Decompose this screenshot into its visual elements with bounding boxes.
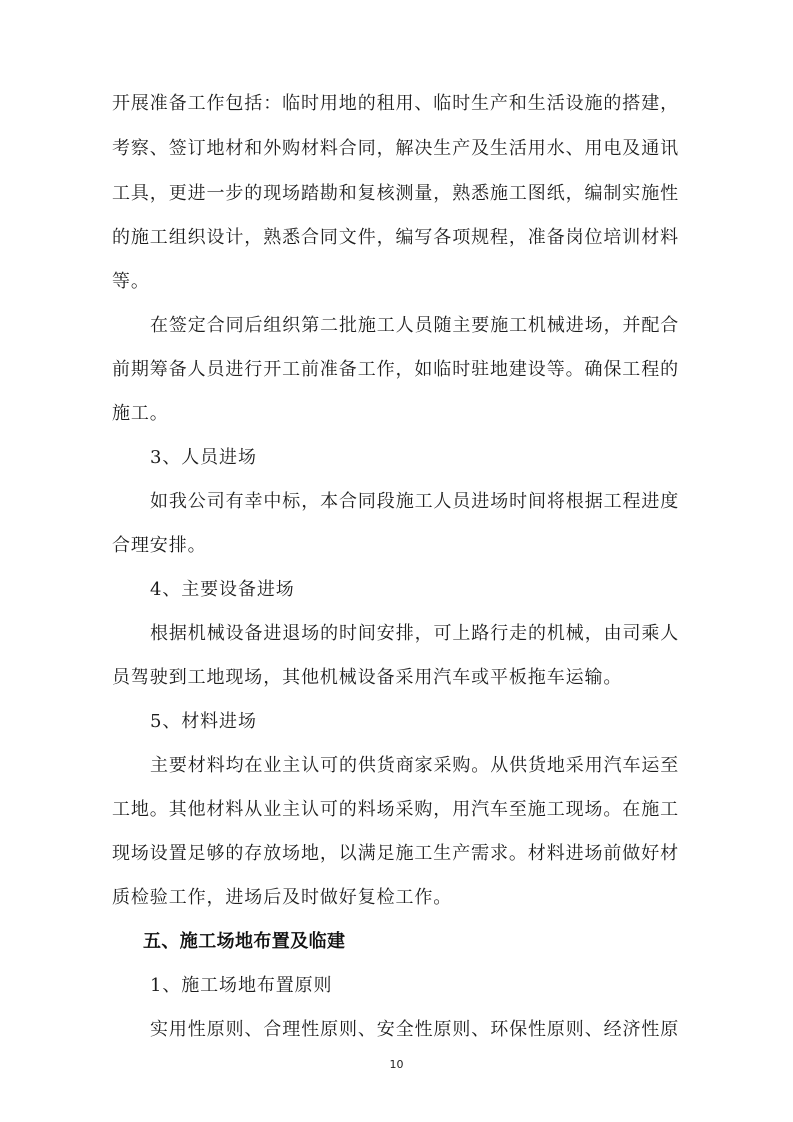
subheading-material-entry: 5、材料进场 — [150, 710, 257, 734]
paragraph-line: 开展准备工作包括：临时用地的租用、临时生产和生活设施的搭建， — [112, 92, 679, 116]
subheading-site-layout-principles: 1、施工场地布置原则 — [150, 974, 332, 998]
paragraph-line: 工具，更进一步的现场踏勘和复核测量，熟悉施工图纸，编制实施性 — [112, 182, 679, 206]
paragraph-line: 如我公司有幸中标，本合同段施工人员进场时间将根据工程进度 — [150, 490, 679, 514]
subheading-personnel-entry: 3、人员进场 — [150, 446, 257, 470]
paragraph-line: 员驾驶到工地现场，其他机械设备采用汽车或平板拖车运输。 — [112, 666, 622, 690]
paragraph-line: 工地。其他材料从业主认可的料场采购，用汽车至施工现场。在施工 — [112, 798, 679, 822]
paragraph-line: 实用性原则、合理性原则、安全性原则、环保性原则、经济性原 — [150, 1018, 679, 1042]
page-number: 10 — [0, 1058, 793, 1071]
paragraph-line: 主要材料均在业主认可的供货商家采购。从供货地采用汽车运至 — [150, 754, 679, 778]
paragraph-line: 的施工组织设计，熟悉合同文件，编写各项规程，准备岗位培训材料 — [112, 226, 679, 250]
paragraph-line: 合理安排。 — [112, 534, 207, 558]
document-page: 开展准备工作包括：临时用地的租用、临时生产和生活设施的搭建， 考察、签订地材和外… — [0, 0, 793, 1122]
paragraph-line: 前期筹备人员进行开工前准备工作，如临时驻地建设等。确保工程的 — [112, 358, 679, 382]
paragraph-line: 施工。 — [112, 402, 169, 426]
paragraph-line: 现场设置足够的存放场地，以满足施工生产需求。材料进场前做好材 — [112, 842, 679, 866]
paragraph-line: 等。 — [112, 270, 150, 294]
section-heading: 五、施工场地布置及临建 — [143, 930, 345, 954]
paragraph-line: 在签定合同后组织第二批施工人员随主要施工机械进场，并配合 — [150, 314, 679, 338]
paragraph-line: 考察、签订地材和外购材料合同，解决生产及生活用水、用电及通讯 — [112, 137, 679, 161]
paragraph-line: 根据机械设备进退场的时间安排，可上路行走的机械，由司乘人 — [150, 622, 679, 646]
paragraph-line: 质检验工作，进场后及时做好复检工作。 — [112, 886, 452, 910]
subheading-equipment-entry: 4、主要设备进场 — [150, 578, 295, 602]
